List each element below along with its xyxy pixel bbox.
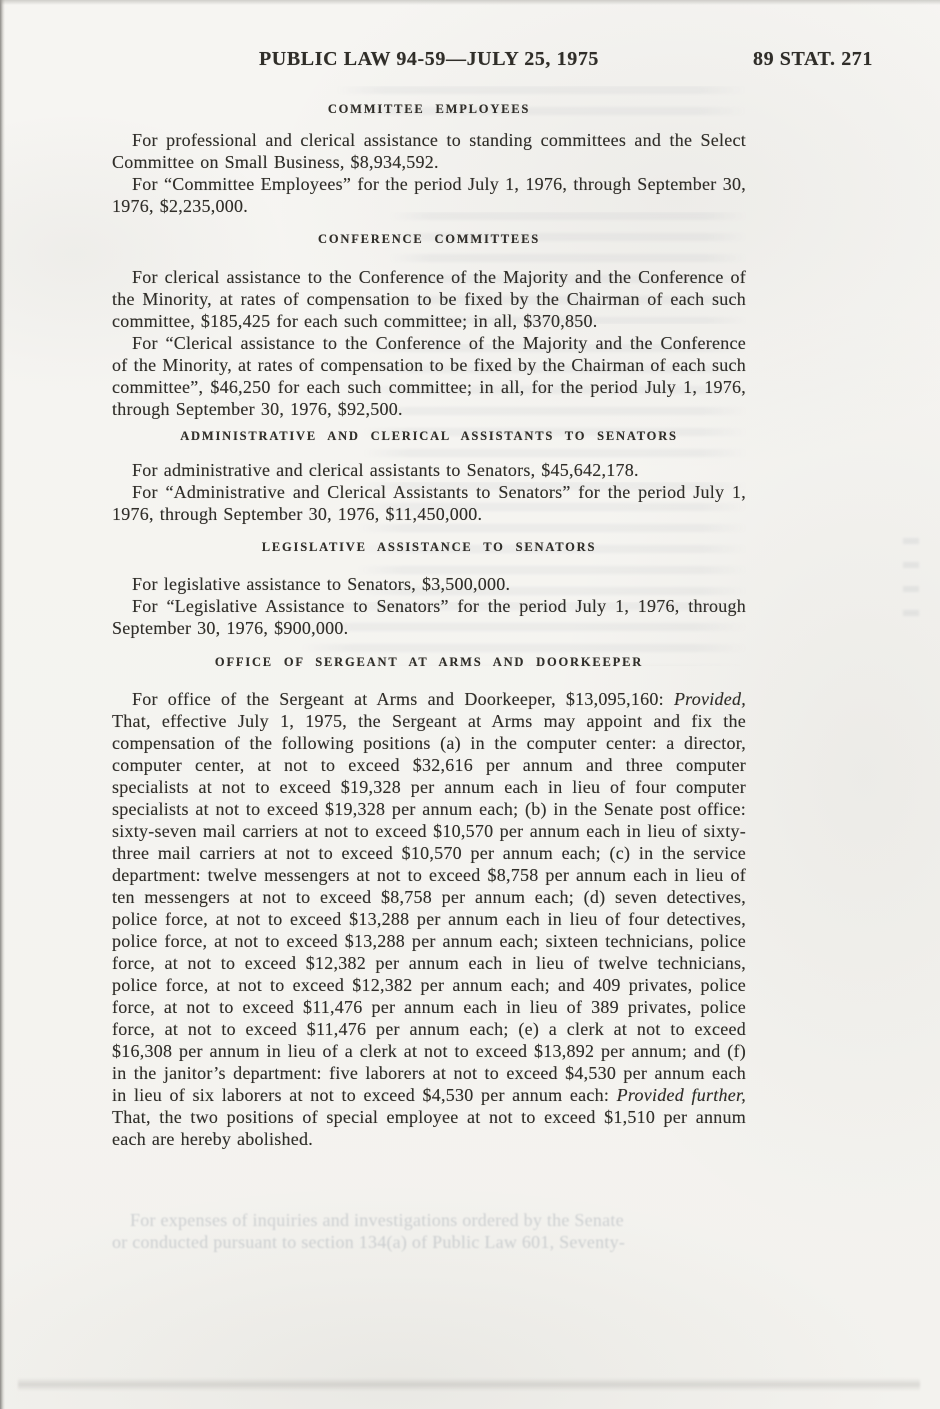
paragraph-committee-employees-1: For professional and clerical assistance…: [112, 129, 746, 173]
page-left-edge-shadow: [0, 0, 5, 1409]
scan-bottom-smudge: [18, 1378, 920, 1391]
running-head-stat-citation: 89 STAT. 271: [753, 48, 923, 71]
paragraph-committee-employees-2: For “Committee Employees” for the period…: [112, 173, 746, 217]
text-run-italic-provided: Provided,: [674, 689, 746, 709]
scanned-statute-page: PUBLIC LAW 94-59—JULY 25, 1975 89 STAT. …: [0, 0, 940, 1409]
paragraph-administrative-assistants-1: For administrative and clerical assistan…: [112, 459, 746, 481]
bleed-through-margin-marks: [903, 538, 919, 634]
page-body-column: COMMITTEE EMPLOYEES For professional and…: [112, 0, 746, 1150]
section-heading-legislative-assistance: LEGISLATIVE ASSISTANCE TO SENATORS: [112, 539, 746, 555]
paragraph-conference-committees-1: For clerical assistance to the Conferenc…: [112, 266, 746, 332]
paragraph-conference-committees-2: For “Clerical assistance to the Conferen…: [112, 332, 746, 420]
text-run: That, effective July 1, 1975, the Sergea…: [112, 711, 746, 1105]
section-heading-administrative-clerical-assistants: ADMINISTRATIVE AND CLERICAL ASSISTANTS T…: [112, 428, 746, 444]
bleed-through-text-line: For expenses of inquiries and investigat…: [112, 1209, 764, 1231]
section-heading-sergeant-at-arms: OFFICE OF SERGEANT AT ARMS AND DOORKEEPE…: [112, 654, 746, 670]
text-run: That, the two positions of special emplo…: [112, 1107, 746, 1149]
section-heading-conference-committees: CONFERENCE COMMITTEES: [112, 231, 746, 247]
paragraph-administrative-assistants-2: For “Administrative and Clerical Assista…: [112, 481, 746, 525]
paragraph-sergeant-at-arms: For office of the Sergeant at Arms and D…: [112, 688, 746, 1150]
text-run: For office of the Sergeant at Arms and D…: [132, 689, 674, 709]
paragraph-legislative-assistance-2: For “Legislative Assistance to Senators”…: [112, 595, 746, 639]
text-run-italic-provided-further: Provided further,: [617, 1085, 746, 1105]
section-heading-committee-employees: COMMITTEE EMPLOYEES: [112, 0, 746, 117]
paragraph-legislative-assistance-1: For legislative assistance to Senators, …: [112, 573, 746, 595]
bleed-through-text-line: or conducted pursuant to section 134(a) …: [112, 1231, 746, 1253]
